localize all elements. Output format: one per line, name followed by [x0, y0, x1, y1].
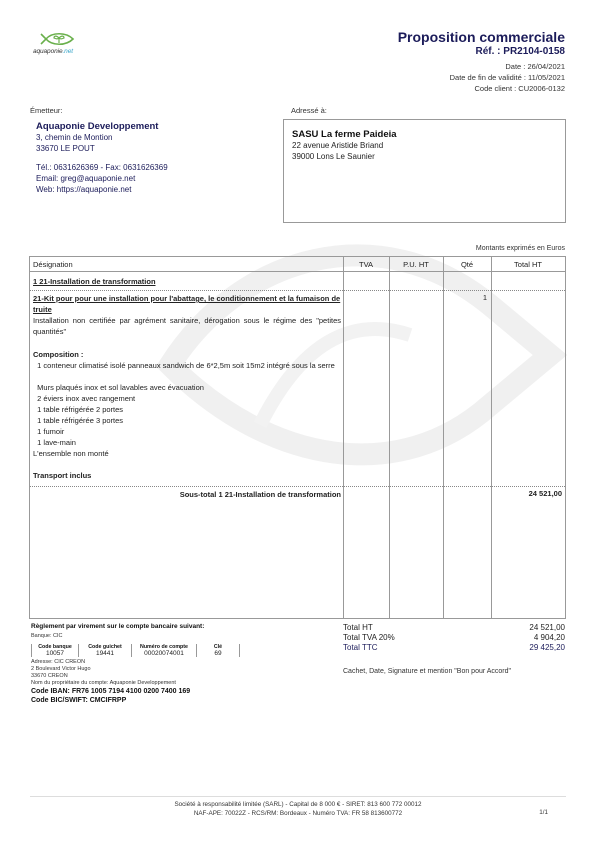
client-code: Code client : CU2006-0132	[475, 84, 565, 93]
header-total-ht: Total HT	[491, 260, 565, 269]
validity-date: Date de fin de validité : 11/05/2021	[450, 73, 565, 82]
currency-note: Montants exprimés en Euros	[476, 245, 565, 252]
bank-code-value: 10057	[38, 650, 72, 657]
total-ttc-label: Total TTC	[343, 643, 378, 653]
total-ht-value: 24 521,00	[529, 623, 565, 633]
item-qty: 1	[443, 293, 487, 302]
bank-account-table: Code banque10057 Code guichet19441 Numér…	[31, 644, 331, 657]
recipient-name: SASU La ferme Paideia	[292, 129, 557, 140]
document-reference: Réf. : PR2104-0158	[476, 46, 566, 57]
sender-block: Aquaponie Developpement 3, chemin de Mon…	[30, 121, 280, 211]
composition-item: 1 conteneur climatisé isolé panneaux san…	[33, 360, 341, 371]
header-designation: Désignation	[33, 260, 73, 269]
sender-name: Aquaponie Developpement	[36, 121, 280, 132]
bic-swift: Code BIC/SWIFT: CMCIFRPP	[31, 696, 331, 705]
bank-address-2: 2 Boulevard Victor Hugo	[31, 666, 331, 673]
bank-title: Règlement par virement sur le compte ban…	[31, 623, 331, 630]
recipient-label: Adressé à:	[291, 106, 327, 115]
header-pu-ht: P.U. HT	[389, 260, 443, 269]
totals-block: Total HT24 521,00 Total TVA 20%4 904,20 …	[343, 623, 565, 653]
subtotal-value: 24 521,00	[491, 489, 562, 498]
composition-item: Murs plaqués inox et sol lavables avec é…	[33, 382, 341, 393]
item-title: 21-Kit pour pour une installation pour l…	[33, 293, 341, 315]
recipient-block: SASU La ferme Paideia 22 avenue Aristide…	[283, 119, 566, 223]
composition-item: 1 table réfrigérée 2 portes	[33, 404, 341, 415]
document-title: Proposition commerciale	[398, 29, 565, 45]
composition-item: 2 éviers inox avec rangement	[33, 393, 341, 404]
recipient-address-1: 22 avenue Aristide Briand	[292, 140, 557, 151]
total-ht-label: Total HT	[343, 623, 373, 633]
composition-item: 1 table réfrigérée 3 portes	[33, 415, 341, 426]
logo-wordmark: aquaponie.net	[33, 48, 73, 55]
bank-name: Banque: CIC	[31, 633, 331, 640]
bank-address-1: Adresse: CIC CREON	[31, 659, 331, 666]
account-number-value: 00020074001	[138, 650, 190, 657]
header-qty: Qté	[443, 260, 491, 269]
subtotal-label: Sous-total 1 21-Installation de transfor…	[33, 489, 341, 500]
signature-note: Cachet, Date, Signature et mention "Bon …	[343, 668, 511, 675]
footer-line-1: Société à responsabilité limitée (SARL) …	[30, 800, 566, 809]
iban: Code IBAN: FR76 1005 7194 4100 0200 7400…	[31, 687, 331, 696]
sender-address-1: 3, chemin de Montion	[36, 132, 280, 143]
recipient-address-2: 39000 Lons Le Saunier	[292, 151, 557, 162]
bank-address-3: 33670 CREON	[31, 673, 331, 680]
section-title: 1 21-Installation de transformation	[33, 276, 341, 287]
sender-phone: Tél.: 0631626369 - Fax: 0631626369	[36, 162, 280, 173]
composition-label: Composition :	[33, 349, 341, 360]
rib-key-value: 69	[203, 650, 233, 657]
composition-item: 1 lave-main	[33, 437, 341, 448]
sender-label: Émetteur:	[30, 106, 63, 115]
item-description: Installation non certifiée par agrément …	[33, 315, 341, 337]
header-tva: TVA	[343, 260, 389, 269]
legal-footer: Société à responsabilité limitée (SARL) …	[30, 800, 566, 818]
sender-address-2: 33670 LE POUT	[36, 143, 280, 154]
fish-leaf-logo-icon	[40, 30, 80, 48]
company-logo: aquaponie.net	[30, 30, 90, 58]
footer-line-2: NAF-APE: 70022Z - RCS/RM: Bordeaux - Num…	[30, 809, 566, 818]
composition-item: L'ensemble non monté	[33, 448, 341, 459]
composition-item: 1 fumoir	[33, 426, 341, 437]
total-tva-label: Total TVA 20%	[343, 633, 395, 643]
transport-note: Transport inclus	[33, 470, 341, 481]
sender-email[interactable]: Email: greg@aquaponie.net	[36, 173, 280, 184]
footer-divider	[30, 796, 566, 797]
total-ttc-value: 29 425,20	[529, 643, 565, 653]
account-owner: Nom du propriétaire du compte: Aquaponie…	[31, 680, 331, 687]
bank-details: Règlement par virement sur le compte ban…	[31, 623, 331, 705]
sender-website[interactable]: Web: https://aquaponie.net	[36, 184, 280, 195]
items-table: Désignation TVA P.U. HT Qté Total HT 1 2…	[29, 256, 566, 619]
total-tva-value: 4 904,20	[534, 633, 565, 643]
branch-code-value: 19441	[85, 650, 125, 657]
document-date: Date : 26/04/2021	[505, 62, 565, 71]
page-number: 1/1	[539, 809, 548, 816]
